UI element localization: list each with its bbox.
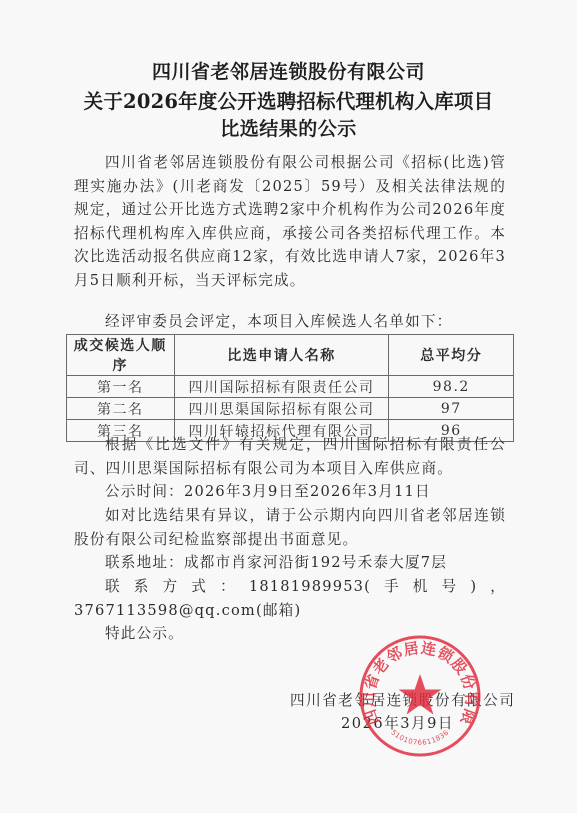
rank-cell: 第一名 [67, 376, 175, 398]
decision-paragraph: 根据《比选文件》有关规定，四川国际招标有限责任公司、四川思渠国际招标有限公司为本… [74, 433, 506, 480]
rank-cell: 第二名 [67, 398, 175, 420]
committee-paragraph: 经评审委员会评定，本项目入库候选人名单如下： [74, 310, 506, 334]
candidate-table: 成交候选人顺序 比选申请人名称 总平均分 第一名 四川国际招标有限责任公司 98… [66, 334, 514, 442]
company-seal: 四川省老邻居连锁股份有限公司 5101076611836 [358, 634, 482, 758]
name-cell: 四川思渠国际招标有限公司 [174, 398, 389, 420]
table-row: 第一名 四川国际招标有限责任公司 98.2 [67, 376, 514, 398]
header-rank: 成交候选人顺序 [67, 335, 175, 376]
table-row: 第二名 四川思渠国际招标有限公司 97 [67, 398, 514, 420]
title-line-2: 关于2026年度公开选聘招标代理机构入库项目 [0, 86, 577, 114]
star-icon [399, 674, 442, 715]
header-score: 总平均分 [389, 335, 514, 376]
title-line-3: 比选结果的公示 [0, 114, 577, 141]
seal-serial: 5101076611836 [389, 728, 450, 746]
score-cell: 98.2 [389, 376, 514, 398]
header-name: 比选申请人名称 [174, 335, 389, 376]
address-paragraph: 联系地址：成都市肖家河沿街192号禾泰大厦7层 [74, 551, 506, 575]
intro-paragraph: 四川省老邻居连锁股份有限公司根据公司《招标(比选)管理实施办法》(川老商发〔20… [74, 151, 506, 293]
name-cell: 四川国际招标有限责任公司 [174, 376, 389, 398]
contact-paragraph: 联系方式：18181989953(手机号)，3767113598@qq.com(… [74, 575, 506, 622]
objection-paragraph: 如对比选结果有异议，请于公示期内向四川省老邻居连锁股份有限公司纪检监察部提出书面… [74, 504, 506, 551]
period-paragraph: 公示时间：2026年3月9日至2026年3月11日 [74, 480, 506, 504]
document-page: 四川省老邻居连锁股份有限公司 关于2026年度公开选聘招标代理机构入库项目 比选… [0, 0, 577, 813]
table-header-row: 成交候选人顺序 比选申请人名称 总平均分 [67, 335, 514, 376]
score-cell: 97 [389, 398, 514, 420]
svg-text:5101076611836: 5101076611836 [389, 728, 450, 746]
title-line-1: 四川省老邻居连锁股份有限公司 [0, 57, 577, 84]
